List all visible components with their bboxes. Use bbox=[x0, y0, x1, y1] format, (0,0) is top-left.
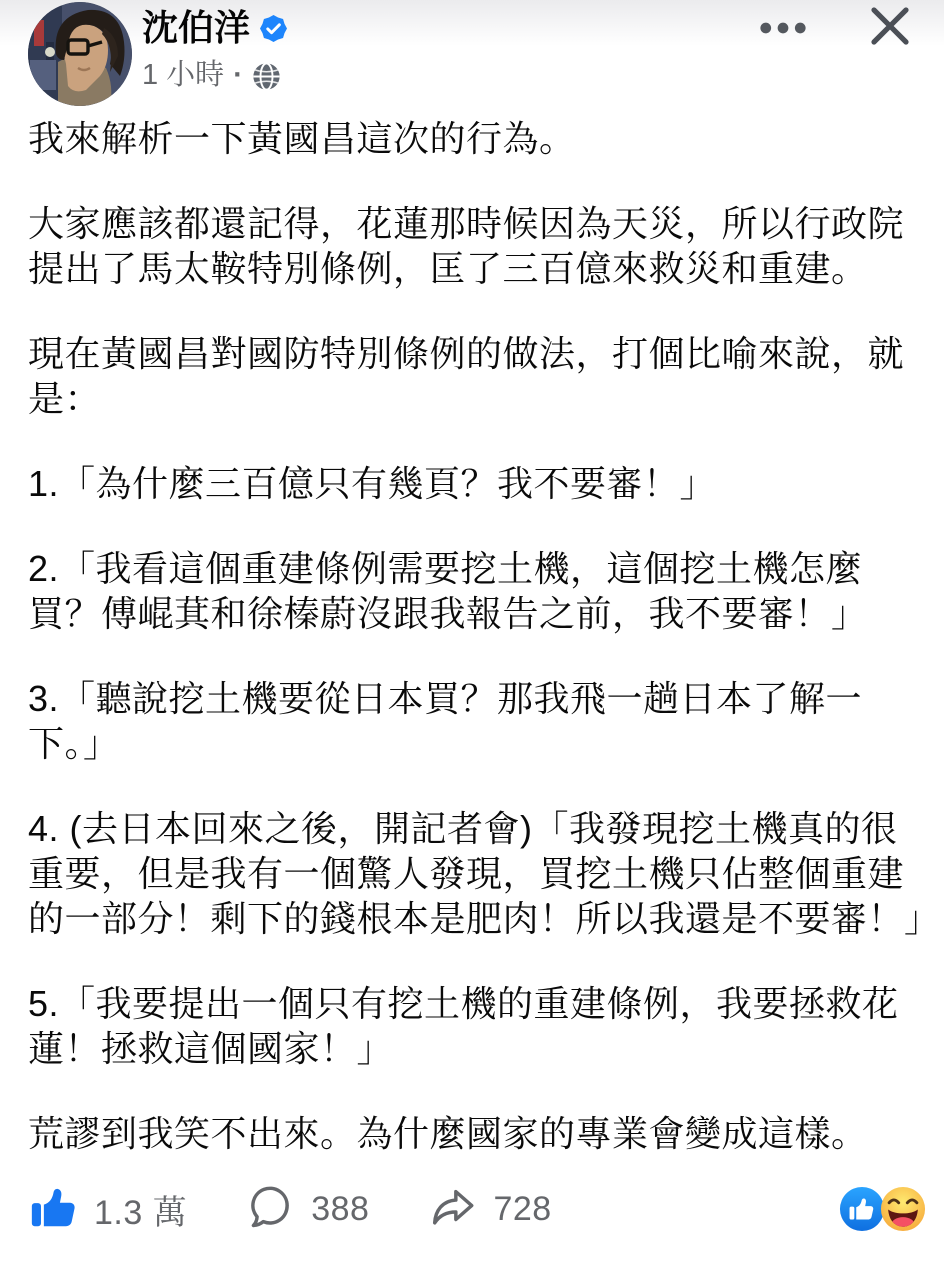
post-text-line: 3.「聽說挖土機要從日本買？那我飛一趟日本了解一 bbox=[28, 676, 936, 721]
like-count: 1.3 萬 bbox=[94, 1185, 187, 1234]
share-count: 728 bbox=[493, 1190, 551, 1229]
post-text-line: 2.「我看這個重建條例需要挖土機，這個挖土機怎麼 bbox=[28, 546, 936, 591]
reaction-icons[interactable] bbox=[839, 1186, 926, 1232]
post-text-line: 1.「為什麼三百億只有幾頁？我不要審！」 bbox=[28, 461, 936, 506]
post-text-line: 下。」 bbox=[28, 721, 936, 766]
post-text-line: 是： bbox=[28, 376, 936, 421]
more-options-button[interactable] bbox=[755, 6, 811, 50]
avatar-photo bbox=[28, 2, 132, 106]
timestamp: 1 小時 bbox=[142, 56, 224, 94]
ellipsis-icon bbox=[760, 22, 806, 34]
post-text-line: 4. (去日本回來之後，開記者會)「我發現挖土機真的很 bbox=[28, 806, 936, 851]
post-text-line: 買？傅崐萁和徐榛蔚沒跟我報告之前，我不要審！」 bbox=[28, 591, 936, 636]
post-header: 沈伯洋 1 小時 · bbox=[0, 0, 944, 110]
post-text-line: 蓮！拯救這個國家！」 bbox=[28, 1026, 936, 1071]
meta-separator: · bbox=[233, 56, 243, 94]
post-text-line: 大家應該都還記得，花蓮那時候因為天災，所以行政院 bbox=[28, 201, 936, 246]
facebook-post-overlay: 沈伯洋 1 小時 · bbox=[0, 0, 944, 1280]
share-icon bbox=[427, 1182, 477, 1237]
comment-stat[interactable]: 388 bbox=[245, 1182, 369, 1237]
post-paragraph: 2.「我看這個重建條例需要挖土機，這個挖土機怎麼買？傅崐萁和徐榛蔚沒跟我報告之前… bbox=[28, 546, 936, 636]
post-text-line: 重要，但是我有一個驚人發現，買挖土機只佔整個重建 bbox=[28, 851, 936, 896]
post-paragraph: 1.「為什麼三百億只有幾頁？我不要審！」 bbox=[28, 461, 936, 506]
like-reaction-icon bbox=[839, 1186, 885, 1232]
post-text-line: 我來解析一下黃國昌這次的行為。 bbox=[28, 116, 936, 161]
comment-icon bbox=[245, 1182, 295, 1237]
post-body: 我來解析一下黃國昌這次的行為。大家應該都還記得，花蓮那時候因為天災，所以行政院提… bbox=[28, 116, 936, 1156]
post-paragraph: 現在黃國昌對國防特別條例的做法，打個比喻來說，就是： bbox=[28, 331, 936, 421]
share-stat[interactable]: 728 bbox=[427, 1182, 551, 1237]
post-paragraph: 荒謬到我笑不出來。為什麼國家的專業會變成這樣。 bbox=[28, 1111, 936, 1156]
verified-badge-icon bbox=[260, 15, 287, 42]
engagement-bar: 1.3 萬 388 728 bbox=[28, 1181, 926, 1237]
globe-icon bbox=[252, 62, 281, 91]
post-paragraph: 4. (去日本回來之後，開記者會)「我發現挖土機真的很重要，但是我有一個驚人發現… bbox=[28, 806, 936, 941]
post-paragraph: 3.「聽說挖土機要從日本買？那我飛一趟日本了解一下。」 bbox=[28, 676, 936, 766]
post-paragraph: 我來解析一下黃國昌這次的行為。 bbox=[28, 116, 936, 161]
like-icon bbox=[28, 1182, 78, 1237]
haha-reaction-icon bbox=[880, 1186, 926, 1232]
post-paragraph: 大家應該都還記得，花蓮那時候因為天災，所以行政院提出了馬太鞍特別條例，匡了三百億… bbox=[28, 201, 936, 291]
post-paragraph: 5.「我要提出一個只有挖土機的重建條例，我要拯救花蓮！拯救這個國家！」 bbox=[28, 981, 936, 1071]
comment-count: 388 bbox=[311, 1190, 369, 1229]
post-meta: 1 小時 · bbox=[142, 56, 281, 94]
close-icon bbox=[868, 4, 912, 48]
post-text-line: 現在黃國昌對國防特別條例的做法，打個比喻來說，就 bbox=[28, 331, 936, 376]
author-name[interactable]: 沈伯洋 bbox=[142, 6, 250, 50]
like-stat[interactable]: 1.3 萬 bbox=[28, 1182, 187, 1237]
post-text-line: 提出了馬太鞍特別條例，匡了三百億來救災和重建。 bbox=[28, 246, 936, 291]
post-text-line: 荒謬到我笑不出來。為什麼國家的專業會變成這樣。 bbox=[28, 1111, 936, 1156]
close-button[interactable] bbox=[864, 2, 916, 50]
post-text-line: 的一部分！剩下的錢根本是肥肉！所以我還是不要審！」 bbox=[28, 896, 936, 941]
post-text-line: 5.「我要提出一個只有挖土機的重建條例，我要拯救花 bbox=[28, 981, 936, 1026]
avatar[interactable] bbox=[28, 2, 132, 106]
